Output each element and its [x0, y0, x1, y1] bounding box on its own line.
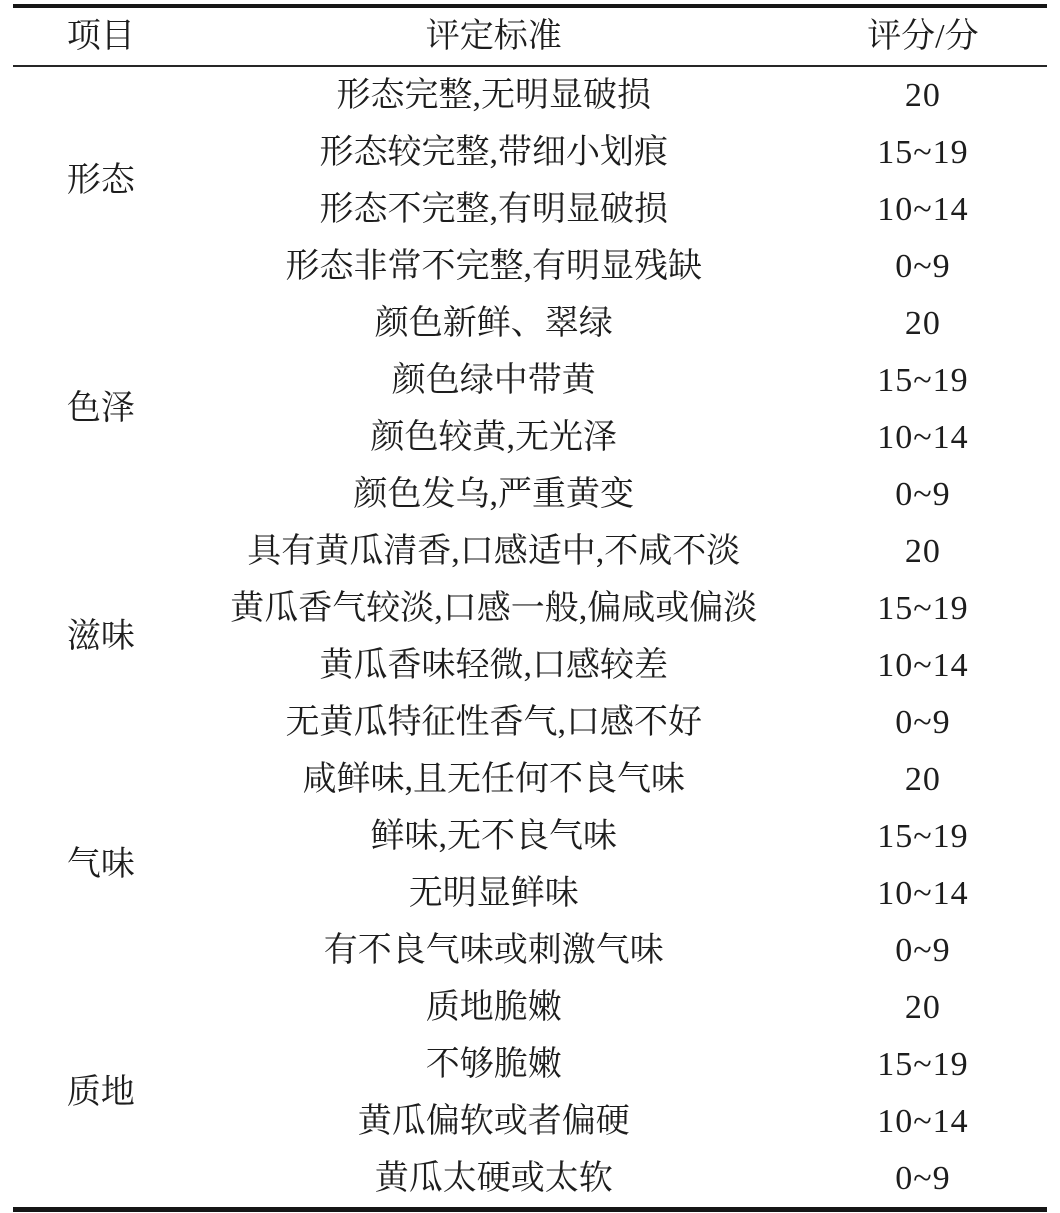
criteria-cell: 黄瓜太硬或太软 — [189, 1150, 799, 1210]
criteria-cell: 质地脆嫩 — [189, 979, 799, 1036]
group-label-cell: 色泽 — [13, 295, 189, 523]
score-cell: 0~9 — [799, 922, 1047, 979]
score-cell: 20 — [799, 66, 1047, 124]
score-cell: 10~14 — [799, 409, 1047, 466]
score-cell: 15~19 — [799, 1036, 1047, 1093]
score-cell: 10~14 — [799, 637, 1047, 694]
score-cell: 10~14 — [799, 181, 1047, 238]
criteria-cell: 有不良气味或刺激气味 — [189, 922, 799, 979]
group-label-cell: 气味 — [13, 751, 189, 979]
evaluation-table: 项目 评定标准 评分/分 形态 形态完整,无明显破损 20 形态较完整,带细小划… — [13, 4, 1047, 1212]
criteria-cell: 无黄瓜特征性香气,口感不好 — [189, 694, 799, 751]
criteria-cell: 鲜味,无不良气味 — [189, 808, 799, 865]
criteria-cell: 颜色发乌,严重黄变 — [189, 466, 799, 523]
criteria-cell: 黄瓜香味轻微,口感较差 — [189, 637, 799, 694]
score-cell: 15~19 — [799, 352, 1047, 409]
group-label-cell: 滋味 — [13, 523, 189, 751]
table-container: 项目 评定标准 评分/分 形态 形态完整,无明显破损 20 形态较完整,带细小划… — [13, 4, 1047, 1212]
score-cell: 0~9 — [799, 694, 1047, 751]
table-body: 形态 形态完整,无明显破损 20 形态较完整,带细小划痕 15~19 形态不完整… — [13, 66, 1047, 1210]
score-cell: 0~9 — [799, 238, 1047, 295]
criteria-cell: 不够脆嫩 — [189, 1036, 799, 1093]
table-row: 形态 形态完整,无明显破损 20 — [13, 66, 1047, 124]
score-cell: 10~14 — [799, 1093, 1047, 1150]
table-row: 色泽 颜色新鲜、翠绿 20 — [13, 295, 1047, 352]
criteria-cell: 形态较完整,带细小划痕 — [189, 124, 799, 181]
criteria-cell: 形态完整,无明显破损 — [189, 66, 799, 124]
score-cell: 20 — [799, 979, 1047, 1036]
header-cell-item: 项目 — [13, 6, 189, 66]
criteria-cell: 黄瓜偏软或者偏硬 — [189, 1093, 799, 1150]
criteria-cell: 无明显鲜味 — [189, 865, 799, 922]
header-cell-score: 评分/分 — [799, 6, 1047, 66]
criteria-cell: 颜色新鲜、翠绿 — [189, 295, 799, 352]
score-cell: 10~14 — [799, 865, 1047, 922]
criteria-cell: 具有黄瓜清香,口感适中,不咸不淡 — [189, 523, 799, 580]
score-cell: 20 — [799, 523, 1047, 580]
score-cell: 15~19 — [799, 580, 1047, 637]
group-label-cell: 形态 — [13, 66, 189, 295]
group-label-cell: 质地 — [13, 979, 189, 1210]
criteria-cell: 咸鲜味,且无任何不良气味 — [189, 751, 799, 808]
criteria-cell: 黄瓜香气较淡,口感一般,偏咸或偏淡 — [189, 580, 799, 637]
criteria-cell: 形态非常不完整,有明显残缺 — [189, 238, 799, 295]
header-cell-criteria: 评定标准 — [189, 6, 799, 66]
table-header: 项目 评定标准 评分/分 — [13, 6, 1047, 66]
criteria-cell: 颜色较黄,无光泽 — [189, 409, 799, 466]
table-row: 滋味 具有黄瓜清香,口感适中,不咸不淡 20 — [13, 523, 1047, 580]
score-cell: 15~19 — [799, 124, 1047, 181]
score-cell: 0~9 — [799, 466, 1047, 523]
table-row: 质地 质地脆嫩 20 — [13, 979, 1047, 1036]
criteria-cell: 颜色绿中带黄 — [189, 352, 799, 409]
score-cell: 0~9 — [799, 1150, 1047, 1210]
table-row: 气味 咸鲜味,且无任何不良气味 20 — [13, 751, 1047, 808]
header-row: 项目 评定标准 评分/分 — [13, 6, 1047, 66]
score-cell: 20 — [799, 295, 1047, 352]
score-cell: 15~19 — [799, 808, 1047, 865]
criteria-cell: 形态不完整,有明显破损 — [189, 181, 799, 238]
score-cell: 20 — [799, 751, 1047, 808]
